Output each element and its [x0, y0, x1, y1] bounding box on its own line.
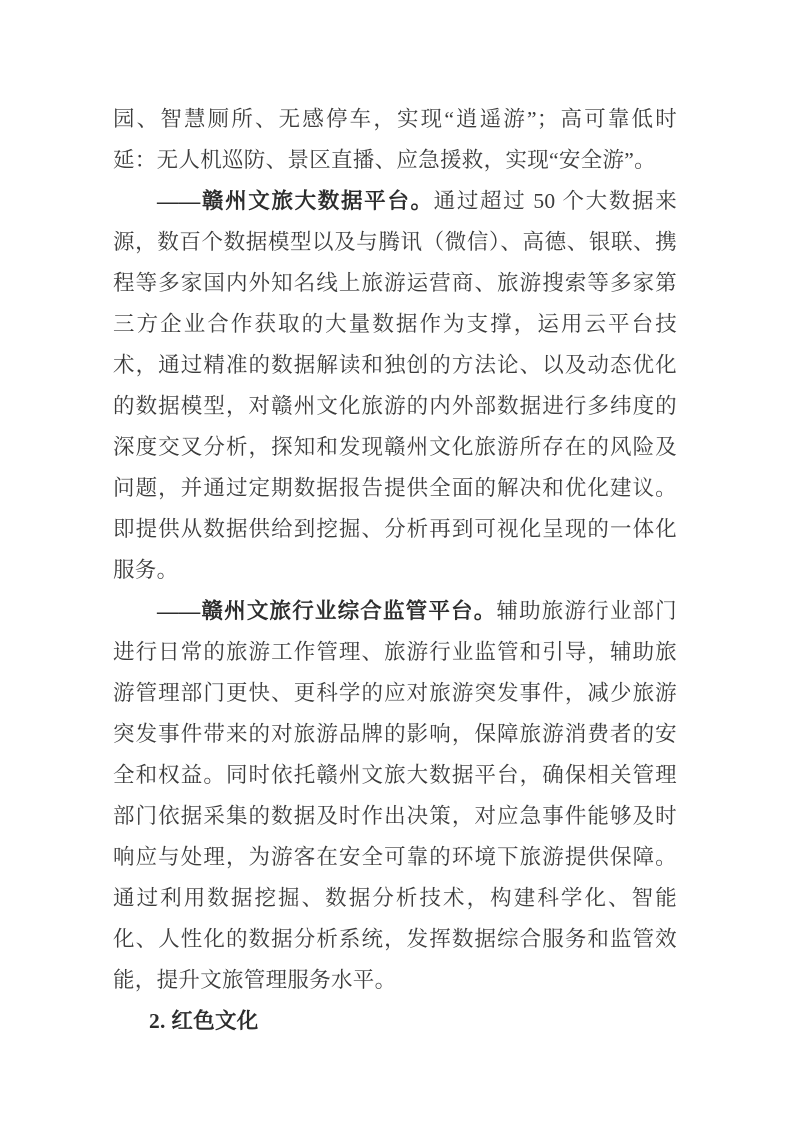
paragraph-big-data-platform: ——赣州文旅大数据平台。通过超过 50 个大数据来源，数百个数据模型以及与腾讯（…: [113, 181, 677, 591]
paragraph-supervision-platform: ——赣州文旅行业综合监管平台。辅助旅游行业部门进行日常的旅游工作管理、旅游行业监…: [113, 591, 677, 1001]
paragraph-lead: ——赣州文旅行业综合监管平台。: [157, 599, 496, 623]
section-heading-text: 2. 红色文化: [149, 1009, 259, 1033]
paragraph-continuation: 园、智慧厕所、无感停车，实现“逍遥游”；高可靠低时延：无人机巡防、景区直播、应急…: [113, 99, 677, 181]
paragraph-text: 通过超过 50 个大数据来源，数百个数据模型以及与腾讯（微信）、高德、银联、携程…: [113, 189, 677, 582]
section-heading-red-culture: 2. 红色文化: [113, 1001, 677, 1042]
paragraph-text: 园、智慧厕所、无感停车，实现“逍遥游”；高可靠低时延：无人机巡防、景区直播、应急…: [113, 107, 677, 172]
paragraph-text: 辅助旅游行业部门进行日常的旅游工作管理、旅游行业监管和引导，辅助旅游管理部门更快…: [113, 599, 677, 992]
document-page: 园、智慧厕所、无感停车，实现“逍遥游”；高可靠低时延：无人机巡防、景区直播、应急…: [0, 0, 793, 1122]
paragraph-lead: ——赣州文旅大数据平台。: [157, 189, 434, 213]
page-content: 园、智慧厕所、无感停车，实现“逍遥游”；高可靠低时延：无人机巡防、景区直播、应急…: [113, 99, 677, 1042]
